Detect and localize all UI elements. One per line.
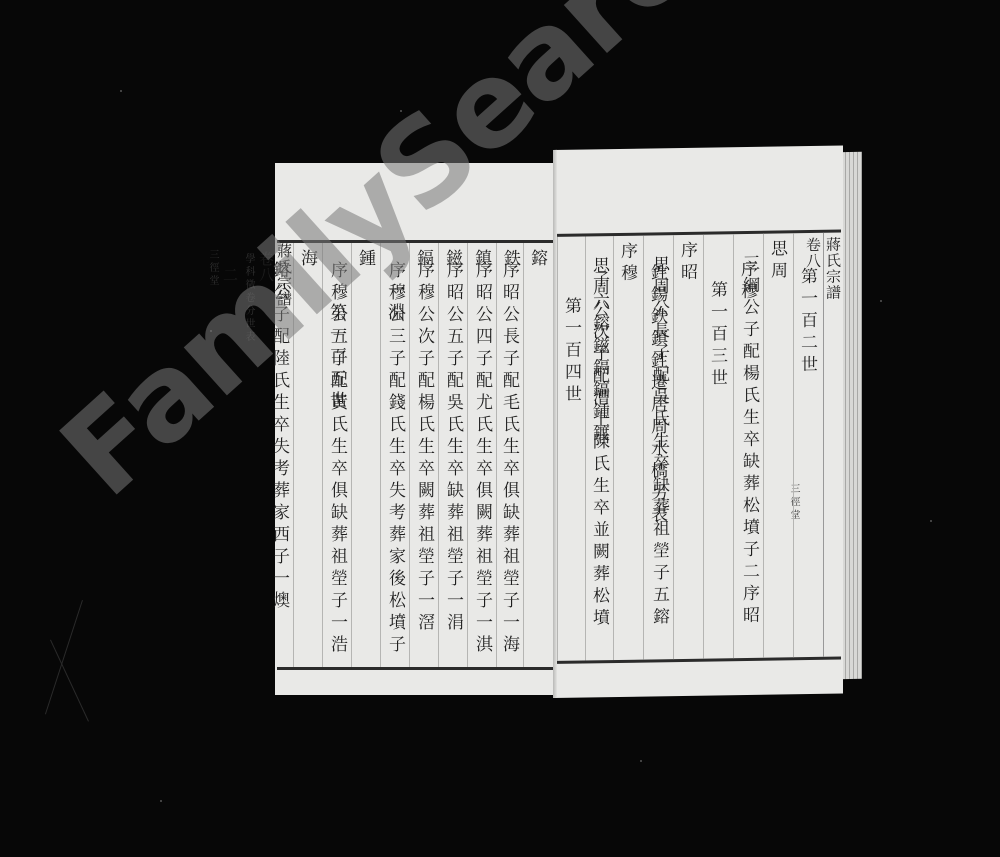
entry-name: 鎘: [409, 243, 437, 667]
entry-column: 鍾 序穆公五子配黃氏生卒俱缺葬祖塋子一浩: [351, 243, 379, 667]
entry-text: 一淵: [380, 281, 408, 667]
generation-heading: 第一百三世: [703, 234, 731, 658]
folio-number: 二: [221, 267, 239, 667]
film-speck: [880, 300, 882, 302]
generation-label: 第一百四世: [557, 296, 585, 660]
entry-continuation: 子六鎔鎡鎘鎬鍾鍍: [585, 236, 613, 660]
left-text-frame: 鎔 序昭公長子配毛氏生卒俱缺葬祖塋子一海 鉄 序昭公四子配尤氏生卒俱闕葬祖塋子一…: [277, 240, 554, 670]
book-title: 蔣氏宗譜: [275, 243, 293, 307]
film-speck: [120, 90, 122, 92]
entry-name: 序穆: [733, 260, 761, 658]
entry-continuation: 一淵: [380, 243, 408, 667]
entry-column: 鎡 序穆公次子配楊氏生卒闕葬祖塋子一滘: [438, 243, 466, 667]
entry-column: 序穆 思周公次子配漕上陳氏生卒並闕葬松墳: [613, 236, 641, 660]
generation-label: 第一百二世: [793, 267, 821, 657]
entry-column: 鎔 序昭公長子配毛氏生卒俱缺葬祖塋子一海: [523, 243, 551, 667]
generation-heading: 第一百二世: [793, 233, 821, 657]
entry-name: 序穆: [613, 236, 641, 660]
film-speck: [160, 800, 162, 802]
entry-column: 海 鎔公子配陸氏生卒失考葬家西子一燠: [293, 243, 321, 667]
entry-text: 鉎鍚鉄鎮鉎遷居周水橋另表: [643, 263, 671, 659]
entry-text: 子六鎔鎡鎘鎬鍾鍍: [585, 270, 613, 660]
entry-name: 思周: [763, 233, 791, 657]
left-page: 鎔 序昭公長子配毛氏生卒俱缺葬祖塋子一海 鉄 序昭公四子配尤氏生卒俱闕葬祖塋子一…: [275, 163, 558, 695]
generation-heading: 第一百五世: [322, 243, 350, 667]
entry-continuation: 鉎鍚鉄鎮鉎遷居周水橋另表: [643, 235, 671, 659]
entry-name: 序昭: [673, 235, 701, 659]
generation-label: 第一百五世: [322, 303, 350, 667]
generation-heading: 第一百四世: [557, 236, 585, 660]
entry-column: 鎮 序昭公五子配吳氏生卒缺葬祖塋子一涓: [467, 243, 495, 667]
entry-column: 鎘 序穆公三子配錢氏生卒失考葬家後松墳子: [409, 243, 437, 667]
film-speck: [400, 110, 402, 112]
entry-column: 鉄 序昭公四子配尤氏生卒俱闕葬祖塋子一淇: [496, 243, 524, 667]
entry-name: 鎮: [467, 243, 495, 667]
margin-banner: 蔣氏宗譜 卷八 三徑堂: [823, 232, 843, 656]
entry-column: 序昭 思周公長子配吳氏生卒缺葬祖塋子五鎔: [673, 235, 701, 659]
right-page: 蔣氏宗譜 卷八 三徑堂 第一百二世 思周 三綱公子配楊氏生卒缺葬松墳子二序昭 序…: [553, 145, 843, 698]
entry-name: 鉄: [496, 243, 524, 667]
section-label: 學科徵卷分世表: [239, 253, 257, 667]
volume-marker: 卷八: [257, 251, 275, 667]
entry-column: 序穆: [733, 234, 761, 658]
entry-column: 思周 三綱公子配楊氏生卒缺葬松墳子二序昭: [763, 233, 791, 657]
entry-name: 海: [293, 243, 321, 667]
entry-name: 鎡: [438, 243, 466, 667]
book-title: 蔣氏宗譜: [823, 236, 843, 656]
hall-name: 三徑堂: [203, 249, 221, 667]
film-speck: [930, 520, 932, 522]
film-speck: [640, 760, 642, 762]
entry-name: 鍾: [351, 243, 379, 667]
generation-label: 第一百三世: [703, 280, 731, 658]
margin-banner: 蔣氏宗譜 卷八 學科徵卷分世表 二 三徑堂: [275, 243, 293, 667]
entry-name: 鎔: [523, 243, 551, 667]
right-text-frame: 蔣氏宗譜 卷八 三徑堂 第一百二世 思周 三綱公子配楊氏生卒缺葬松墳子二序昭 序…: [557, 229, 841, 663]
